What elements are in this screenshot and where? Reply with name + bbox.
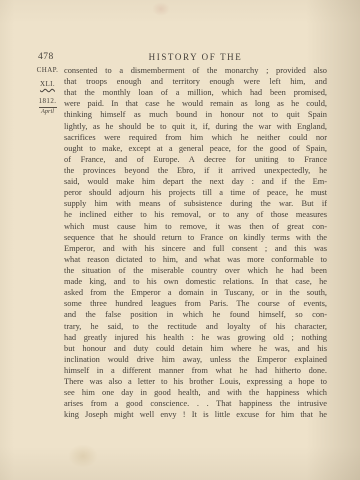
body-text-block: consented to a dismemberment of the mona… <box>64 65 327 421</box>
text-line: had greatly injured his health : he was … <box>64 332 327 343</box>
text-line: and the false position in which he found… <box>64 309 327 320</box>
text-line: that the monthly loan of a million, whic… <box>64 87 327 98</box>
paper-stain <box>152 2 170 16</box>
chapter-label: CHAP. <box>32 67 63 74</box>
margin-notes: CHAP. XLI. 1812. April <box>32 67 63 115</box>
text-line: trary, he said, to the rectitude and loy… <box>64 321 327 332</box>
text-line: the situation of the miserable country o… <box>64 265 327 276</box>
text-line: said, would make him depart the next day… <box>64 176 327 187</box>
margin-year: 1812. <box>32 98 63 105</box>
text-line: made king, and to his own domestic relat… <box>64 276 327 287</box>
text-line: ought to make, except at a general peace… <box>64 143 327 154</box>
text-line: sequence that he should return to France… <box>64 232 327 243</box>
running-header-title: HISTORY OF THE <box>64 52 327 62</box>
text-line: There was also a letter to his brother L… <box>64 376 327 387</box>
chapter-number: XLI. <box>40 81 55 88</box>
text-line: thinking himself as much bound in honour… <box>64 109 327 120</box>
text-line: himself in a different manner from what … <box>64 365 327 376</box>
book-page: 478 HISTORY OF THE CHAP. XLI. 1812. Apri… <box>0 0 360 480</box>
margin-month: April <box>32 109 63 115</box>
text-line: what reason dictated to him, and what wa… <box>64 254 327 265</box>
text-line: peror should adjourn his projects till a… <box>64 187 327 198</box>
text-line: he inclined either to his removal, or to… <box>64 209 327 220</box>
text-line: lightly, as he should be to quit it, if,… <box>64 121 327 132</box>
text-line: Emperor, and with his sincere and full c… <box>64 243 327 254</box>
text-line: arises from a good conscience. . . That … <box>64 398 327 409</box>
paper-stain <box>68 444 98 468</box>
text-line: consented to a dismemberment of the mona… <box>64 65 327 76</box>
text-line: the provinces beyond the Ebro, if it arr… <box>64 165 327 176</box>
page-number: 478 <box>38 52 54 62</box>
text-line: sacrifices were required from him which … <box>64 132 327 143</box>
text-line: inclination would drive him away, unless… <box>64 354 327 365</box>
text-line: see him one day in good health, and with… <box>64 387 327 398</box>
text-line: that troops enough and territory enough … <box>64 76 327 87</box>
text-line: were paid. In that case he would remain … <box>64 98 327 109</box>
text-line: supply him with means of subsistence dur… <box>64 198 327 209</box>
text-line: king Joseph might well envy ! It is litt… <box>64 409 327 420</box>
text-line: of France, and of Europe. A decree for u… <box>64 154 327 165</box>
text-line: but honour and duty could detain him whe… <box>64 343 327 354</box>
text-line: which must cause him to remove, it was t… <box>64 221 327 232</box>
text-line: asked from the Emperor a domain in Tusca… <box>64 287 327 298</box>
text-line: some three hundred leagues from Paris. T… <box>64 298 327 309</box>
